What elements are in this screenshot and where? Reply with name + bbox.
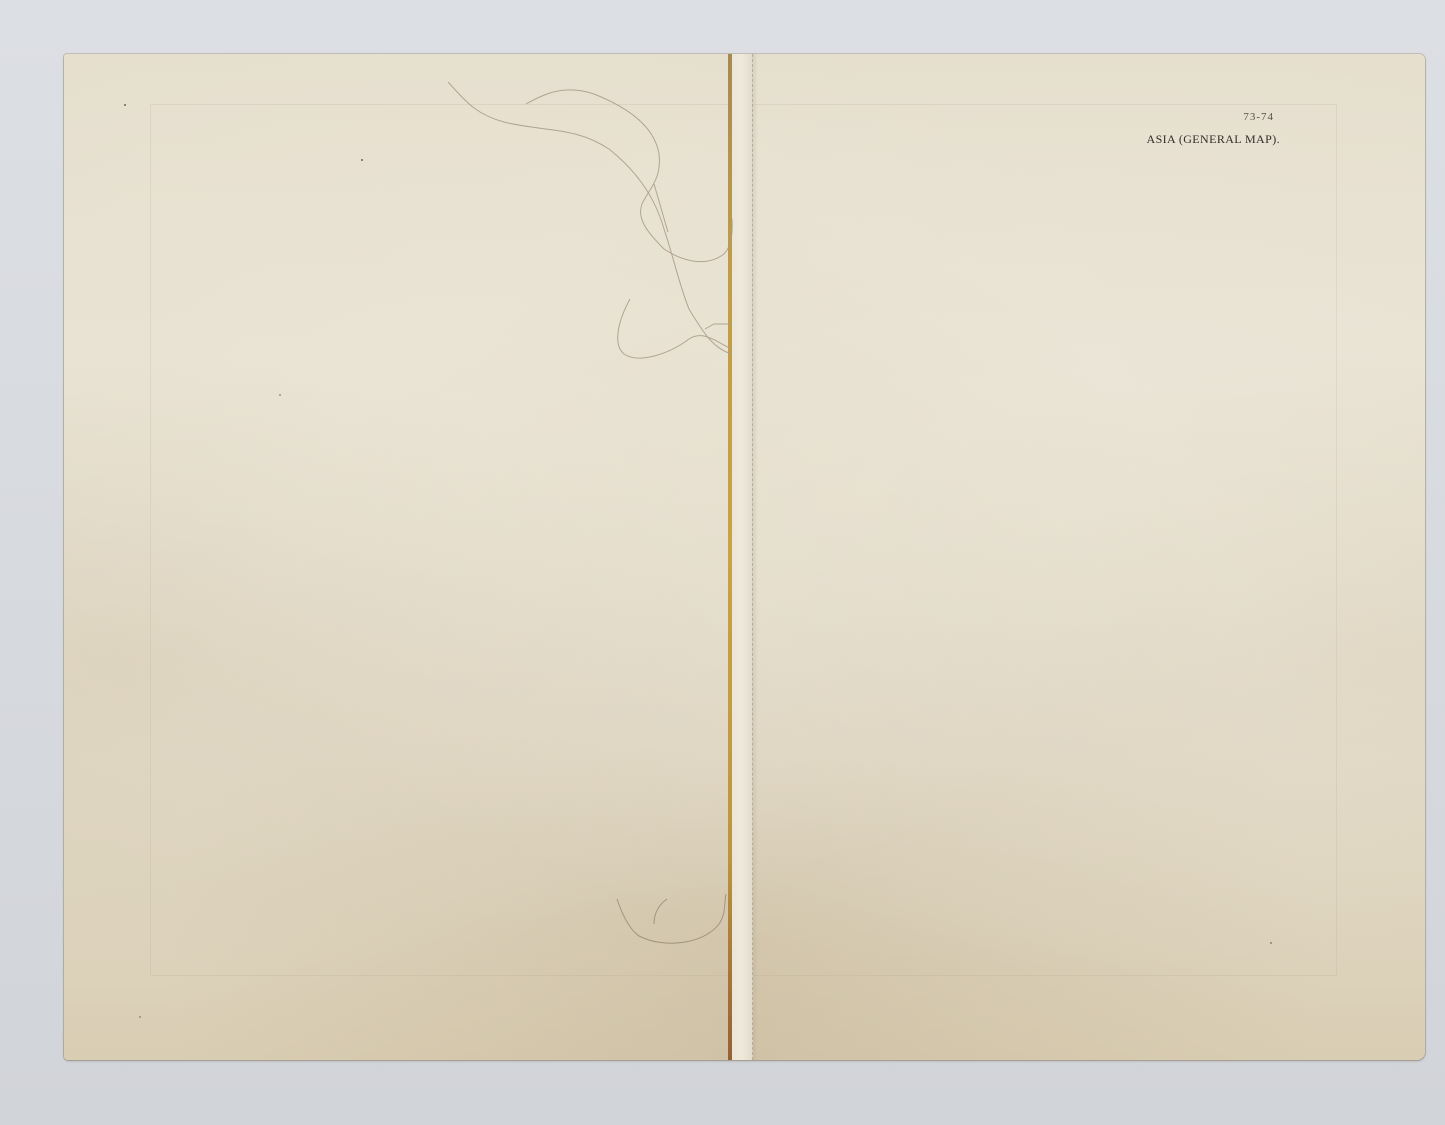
paper-speck bbox=[124, 104, 126, 106]
paper-speck bbox=[361, 159, 363, 161]
map-sheet: 73-74 ASIA (GENERAL MAP). bbox=[64, 54, 1425, 1060]
center-fold-guard-strip bbox=[732, 54, 753, 1060]
map-title: ASIA (GENERAL MAP). bbox=[1147, 132, 1281, 147]
paper-speck bbox=[279, 394, 281, 396]
sheet-header: 73-74 ASIA (GENERAL MAP). bbox=[1147, 111, 1281, 147]
paper-speck bbox=[139, 1016, 141, 1018]
center-fold-shadow bbox=[752, 54, 758, 1060]
paper-speck bbox=[1270, 942, 1272, 944]
page-numbers: 73-74 bbox=[1147, 111, 1281, 123]
